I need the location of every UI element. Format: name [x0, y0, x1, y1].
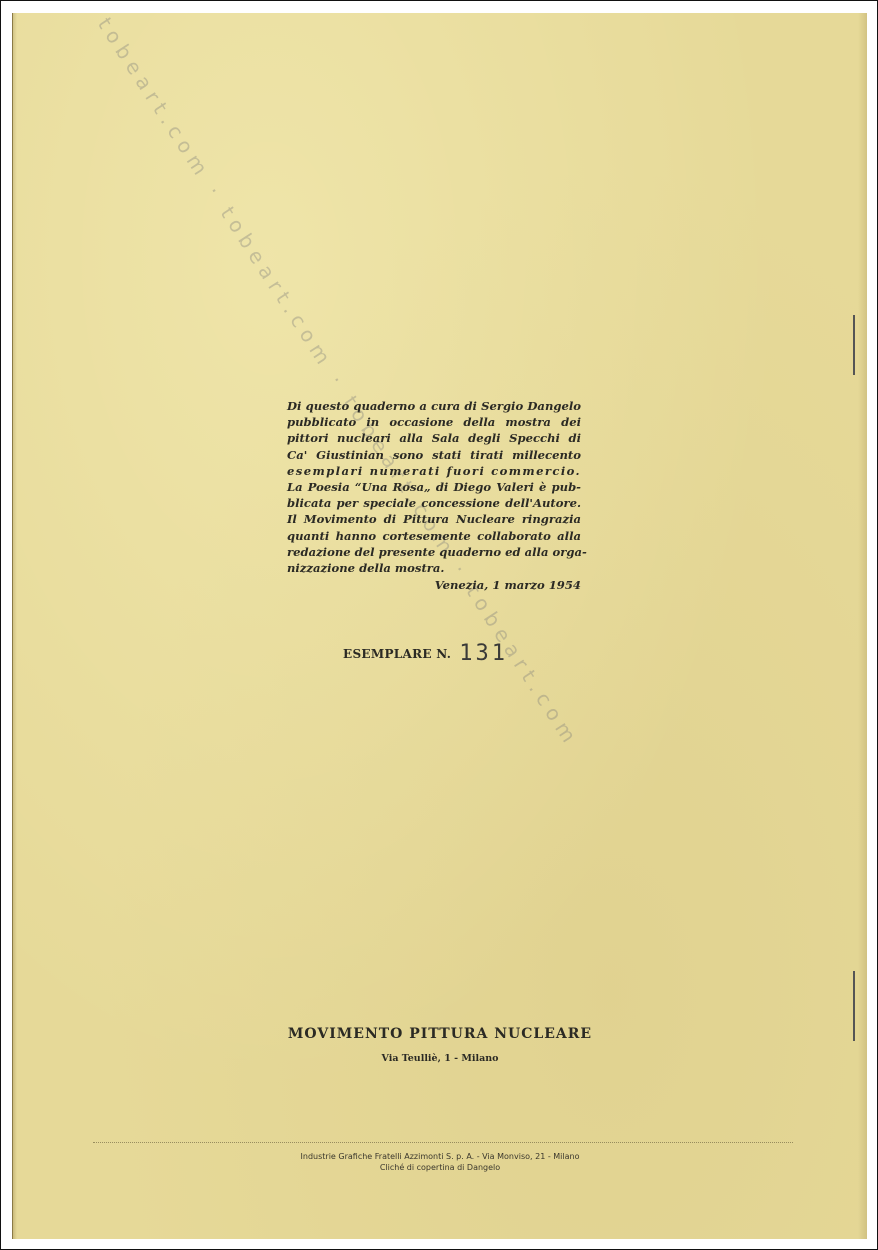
colophon-line: pittori nucleari alla Sala degli Specchi… [287, 430, 581, 446]
document-page: tobeart.com · tobeart.com · tobeart.com … [13, 13, 867, 1239]
colophon-line: redazione del presente quaderno ed alla … [287, 544, 581, 560]
organization-address: Via Teulliè, 1 - Milano [13, 1053, 867, 1064]
binding-staple-top [853, 315, 855, 375]
colophon-line: Di questo quaderno a cura di Sergio Dang… [287, 398, 581, 414]
copy-label: ESEMPLARE N. [343, 647, 451, 661]
colophon-line: blicata per speciale concessione dell'Au… [287, 495, 581, 511]
colophon-line: esemplari numerati fuori commercio. [287, 463, 581, 479]
colophon-line: Ca' Giustinian sono stati tirati millece… [287, 447, 581, 463]
colophon-line: quanti hanno cortesemente collaborato al… [287, 528, 581, 544]
footer-rule [93, 1142, 793, 1143]
watermark-text: tobeart.com · tobeart.com · tobeart.com … [93, 13, 867, 1200]
organization-name: MOVIMENTO PITTURA NUCLEARE [13, 1026, 867, 1042]
cover-credit-line: Cliché di copertina di Dangelo [13, 1162, 867, 1173]
colophon-line: nizzazione della mostra. [287, 560, 581, 576]
date-line: Venezia, 1 marzo 1954 [287, 577, 581, 593]
copy-number-block: ESEMPLARE N.131 [343, 641, 508, 666]
scan-frame: tobeart.com · tobeart.com · tobeart.com … [0, 0, 878, 1250]
colophon-line: pubblicato in occasione della mostra dei [287, 414, 581, 430]
printer-credits: Industrie Grafiche Fratelli Azzimonti S.… [13, 1151, 867, 1173]
colophon-paragraph: Di questo quaderno a cura di Sergio Dang… [287, 398, 581, 593]
copy-number: 131 [459, 641, 508, 666]
colophon-line: La Poesia “Una Rosa„ di Diego Valeri è p… [287, 479, 581, 495]
colophon-line: Il Movimento di Pittura Nucleare ringraz… [287, 511, 581, 527]
printer-line: Industrie Grafiche Fratelli Azzimonti S.… [13, 1151, 867, 1162]
